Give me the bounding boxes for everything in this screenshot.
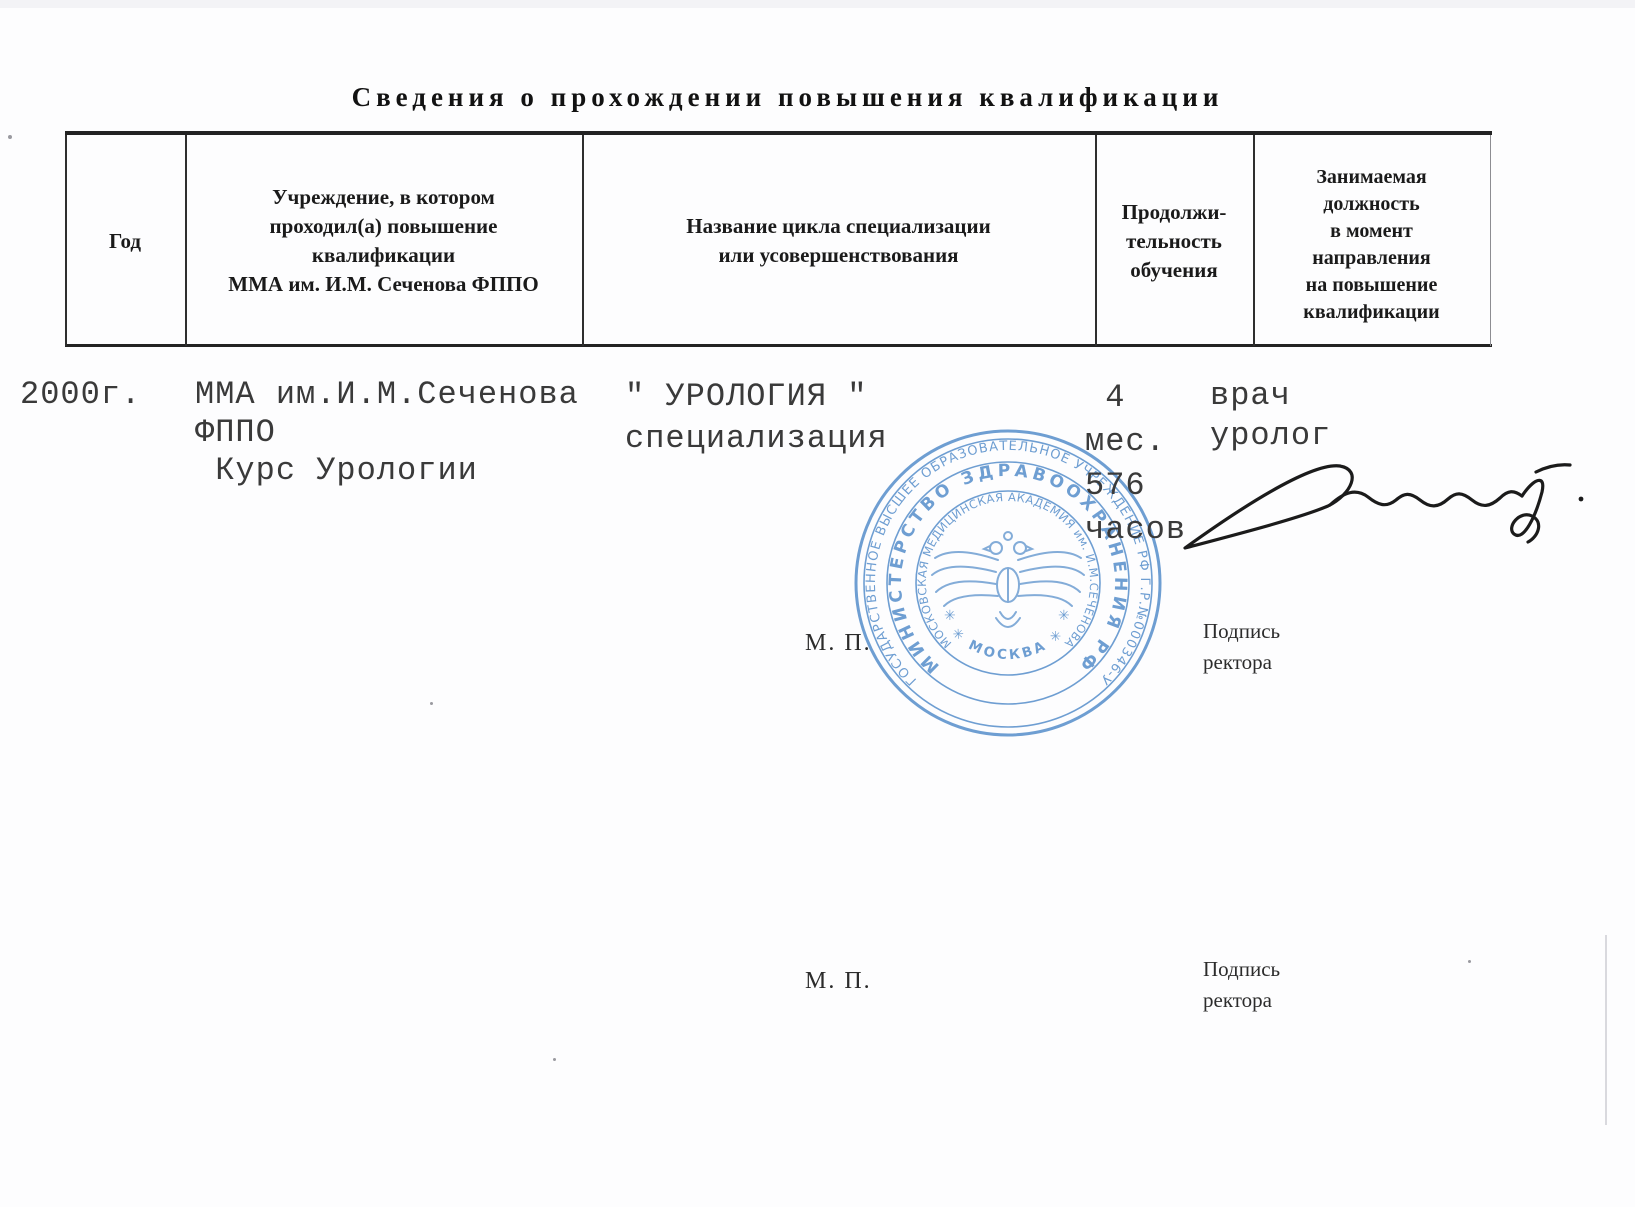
seal-place-label-2: М. П.	[805, 968, 872, 995]
header-cell-cycle: Название цикла специализации или усоверш…	[582, 137, 1095, 345]
row-institution: ММА им.И.М.Сеченова ФППО Курс Урологии	[195, 376, 579, 490]
stamp-star-left: ✳	[944, 608, 956, 624]
table-right-border	[1490, 135, 1491, 346]
header-cell-institution: Учреждение, в котором проходил(а) повыше…	[185, 137, 582, 345]
svg-text:✳ МОСКВА ✳: ✳ МОСКВА ✳	[948, 625, 1068, 664]
scanned-document-page: Сведения о прохождении повышения квалифи…	[0, 0, 1635, 1207]
row-year: 2000г.	[20, 376, 141, 413]
scan-speck	[553, 1058, 556, 1061]
page-title: Сведения о прохождении повышения квалифи…	[0, 82, 1575, 113]
rector-signature-label-1: Подпись ректора	[1203, 616, 1280, 678]
scan-edge-artifact	[0, 0, 1635, 8]
rector-signature	[1140, 428, 1620, 573]
scan-speck	[430, 702, 433, 705]
row-duration: 4 мес. 576 часов	[1085, 376, 1186, 552]
scan-edge-shadow	[1605, 935, 1607, 1125]
rector-signature-label-2: Подпись ректора	[1203, 954, 1280, 1016]
scan-speck	[1468, 960, 1471, 963]
header-cell-year: Год	[65, 137, 185, 345]
scan-speck	[8, 135, 12, 139]
header-cell-duration: Продолжи- тельность обучения	[1095, 137, 1253, 345]
table-top-border	[65, 131, 1492, 135]
stamp-city-text: ✳ МОСКВА ✳	[948, 625, 1068, 664]
header-cell-position: Занимаемая должность в момент направлени…	[1253, 150, 1490, 340]
stamp-star-right: ✳	[1058, 608, 1070, 624]
